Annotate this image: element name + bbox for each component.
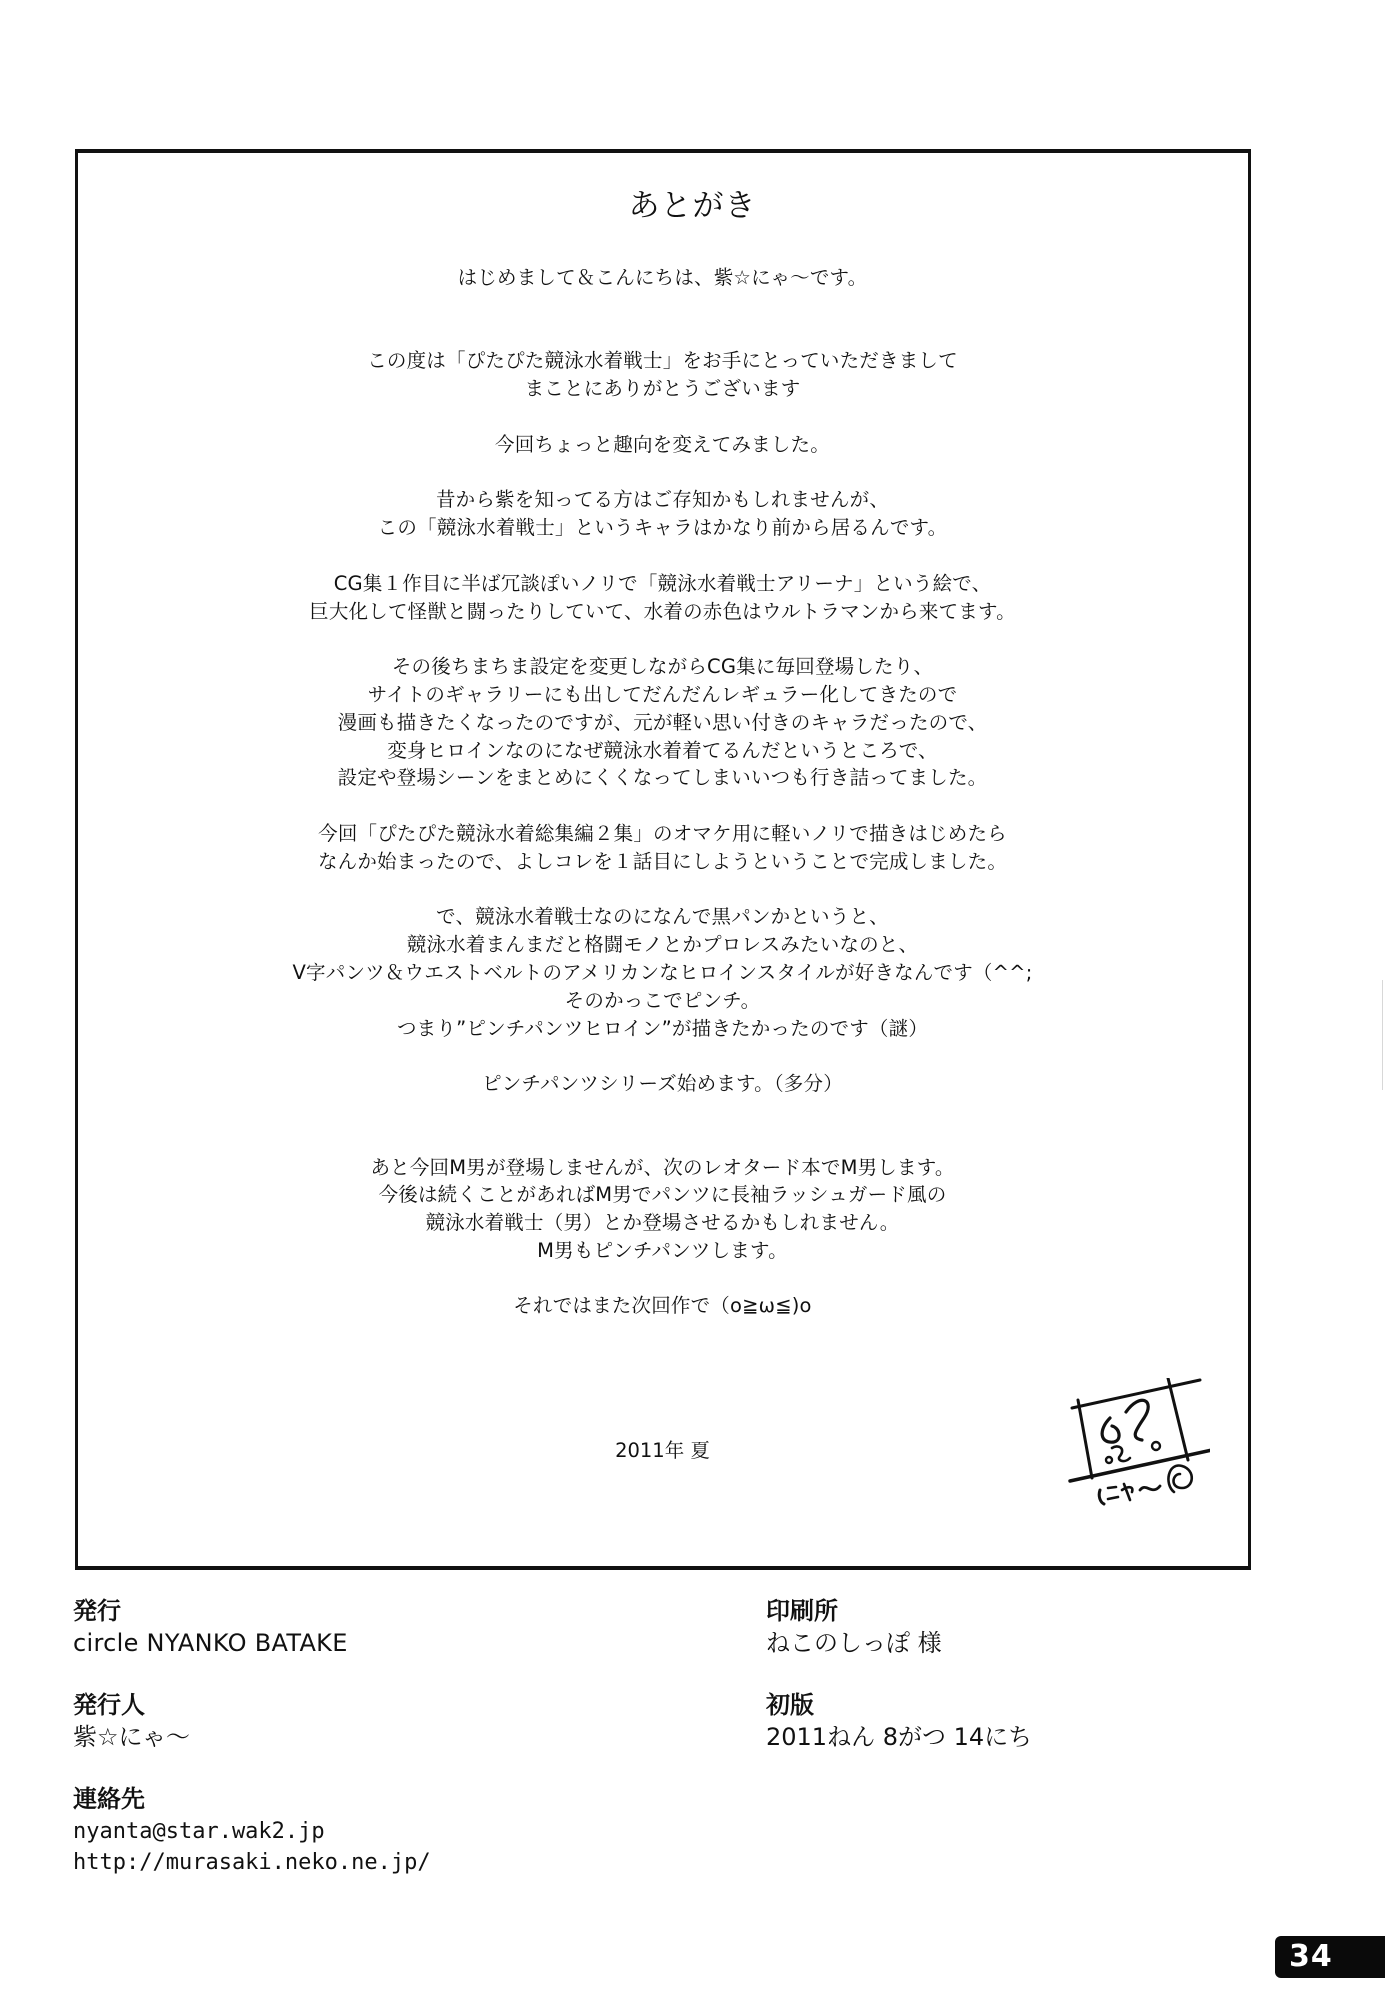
afterword-line: つまり”ピンチパンツヒロイン”が描きたかったのです（謎） <box>0 1015 1325 1043</box>
colophon-value: 2011ねん 8がつ 14にち <box>766 1722 1032 1754</box>
afterword-line <box>0 459 1325 487</box>
afterword-line: 変身ヒロインなのになぜ競泳水着着てるんだというところで、 <box>0 737 1325 765</box>
scan-edge-line <box>1382 980 1383 1090</box>
afterword-line: 巨大化して怪獣と闘ったりしていて、水着の赤色はウルトラマンから来てます。 <box>0 598 1325 626</box>
colophon-first-edition: 初版 2011ねん 8がつ 14にち <box>766 1690 1032 1753</box>
colophon-value: ねこのしっぽ 様 <box>766 1628 1032 1660</box>
afterword-line: あと今回M男が登場しませんが、次のレオタード本でM男します。 <box>0 1154 1325 1182</box>
contact-email: nyanta@star.wak2.jp <box>73 1816 431 1848</box>
afterword-line: で、競泳水着戦士なのになんで黒パンかというと、 <box>0 903 1325 931</box>
afterword-line <box>0 792 1325 820</box>
colophon-heading: 初版 <box>766 1690 1032 1722</box>
afterword-line: はじめまして＆こんにちは、紫☆にゃ～です。 <box>0 264 1325 292</box>
afterword-line: ピンチパンツシリーズ始めます。（多分） <box>0 1070 1325 1098</box>
colophon-heading: 印刷所 <box>766 1596 1032 1628</box>
colophon-contact: 連絡先 nyanta@star.wak2.jp http://murasaki.… <box>73 1784 431 1879</box>
page-number-badge: 34 <box>1275 1936 1385 1978</box>
afterword-line: その後ちまちま設定を変更しながらCG集に毎回登場したり、 <box>0 653 1325 681</box>
colophon-value: 紫☆にゃ～ <box>73 1722 431 1754</box>
colophon-left: 発行 circle NYANKO BATAKE 発行人 紫☆にゃ～ 連絡先 ny… <box>73 1596 431 1910</box>
colophon-heading: 連絡先 <box>73 1784 431 1816</box>
afterword-line <box>0 1265 1325 1293</box>
afterword-line: 競泳水着まんまだと格闘モノとかプロレスみたいなのと、 <box>0 931 1325 959</box>
afterword-line <box>0 542 1325 570</box>
afterword-line <box>0 320 1325 348</box>
afterword-line: 漫画も描きたくなったのですが、元が軽い思い付きのキャラだったので、 <box>0 709 1325 737</box>
afterword-line <box>0 292 1325 320</box>
afterword-line: M男もピンチパンツします。 <box>0 1237 1325 1265</box>
colophon-value: circle NYANKO BATAKE <box>73 1628 431 1660</box>
afterword-line <box>0 1098 1325 1126</box>
afterword-line: 昔から紫を知ってる方はご存知かもしれませんが、 <box>0 486 1325 514</box>
afterword-line: V字パンツ＆ウエストベルトのアメリカンなヒロインスタイルが好きなんです（^^; <box>0 959 1325 987</box>
colophon-heading: 発行 <box>73 1596 431 1628</box>
afterword-line <box>0 625 1325 653</box>
colophon-right: 印刷所 ねこのしっぽ 様 初版 2011ねん 8がつ 14にち <box>766 1596 1032 1784</box>
colophon-issuer: 発行人 紫☆にゃ～ <box>73 1690 431 1753</box>
colophon-heading: 発行人 <box>73 1690 431 1722</box>
signature-icon <box>1060 1378 1210 1508</box>
afterword-line: この「競泳水着戦士」というキャラはかなり前から居るんです。 <box>0 514 1325 542</box>
afterword-line: 設定や登場シーンをまとめにくくなってしまいいつも行き詰ってました。 <box>0 764 1325 792</box>
afterword-line: 今回「ぴたぴた競泳水着総集編２集」のオマケ用に軽いノリで描きはじめたら <box>0 820 1325 848</box>
afterword-line: なんか始まったので、よしコレを１話目にしようということで完成しました。 <box>0 848 1325 876</box>
afterword-line <box>0 1042 1325 1070</box>
afterword-line <box>0 403 1325 431</box>
afterword-title: あとがき <box>0 186 1385 226</box>
afterword-line: CG集１作目に半ば冗談ぽいノリで「競泳水着戦士アリーナ」という絵で、 <box>0 570 1325 598</box>
contact-website: http://murasaki.neko.ne.jp/ <box>73 1847 431 1879</box>
afterword-body: はじめまして＆こんにちは、紫☆にゃ～です。 この度は「ぴたぴた競泳水着戦士」をお… <box>0 264 1325 1320</box>
afterword-line: 競泳水着戦士（男）とか登場させるかもしれません。 <box>0 1209 1325 1237</box>
afterword-line: 今回ちょっと趣向を変えてみました。 <box>0 431 1325 459</box>
afterword-line <box>0 876 1325 904</box>
afterword-line: この度は「ぴたぴた競泳水着戦士」をお手にとっていただきまして <box>0 347 1325 375</box>
colophon-publisher: 発行 circle NYANKO BATAKE <box>73 1596 431 1659</box>
afterword-line: サイトのギャラリーにも出してだんだんレギュラー化してきたので <box>0 681 1325 709</box>
afterword-line: そのかっこでピンチ。 <box>0 987 1325 1015</box>
afterword-line: まことにありがとうございます <box>0 375 1325 403</box>
afterword-line: 今後は続くことがあればM男でパンツに長袖ラッシュガード風の <box>0 1181 1325 1209</box>
colophon-printer: 印刷所 ねこのしっぽ 様 <box>766 1596 1032 1659</box>
afterword-line: それではまた次回作で（o≧ω≦)o <box>0 1292 1325 1320</box>
afterword-line <box>0 1126 1325 1154</box>
